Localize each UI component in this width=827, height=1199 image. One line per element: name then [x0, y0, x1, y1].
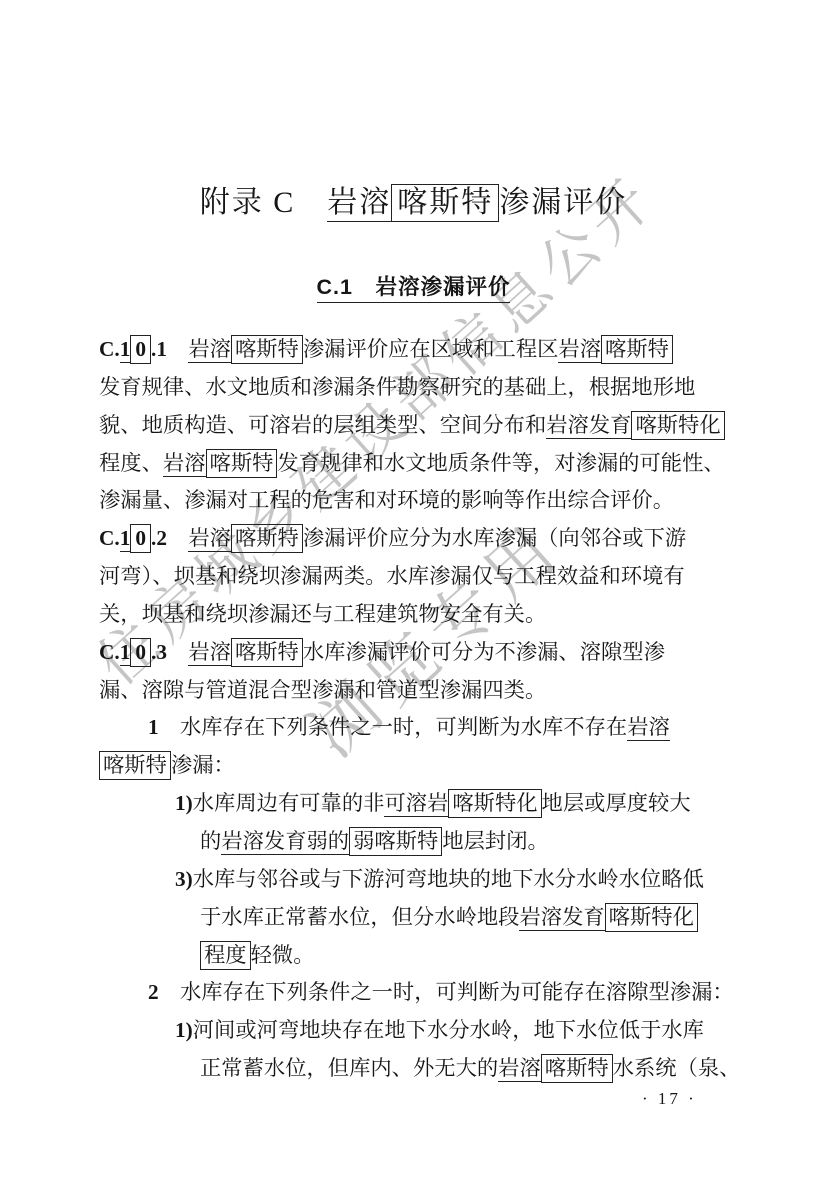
inserted-text: 岩溶 [627, 715, 670, 741]
clause-number: .1 [151, 337, 167, 361]
deleted-text: 喀斯特化 [448, 789, 541, 818]
text-line: 漏、溶隙与管道混合型渗漏和管道型渗漏四类。 [99, 672, 745, 710]
clause-number-inserted: 1 [120, 526, 131, 552]
text-run: 轻微。 [251, 943, 315, 967]
clause-number-inserted: 1 [120, 640, 131, 666]
text-run: 的 [200, 829, 221, 853]
text-run: 发育规律和水文地质条件等，对渗漏的可能性、 [277, 451, 724, 475]
text-line: 的岩溶发育弱的弱喀斯特地层封闭。 [200, 823, 745, 861]
inserted-text: 岩溶 [188, 337, 231, 363]
inserted-text: 岩溶 [163, 451, 206, 477]
text-line: C.10.1 岩溶喀斯特渗漏评价应在区域和工程区岩溶喀斯特 [99, 331, 745, 369]
text-line: 貌、地质构造、可溶岩的层组类型、空间分布和岩溶发育喀斯特化 [99, 407, 745, 445]
clause-number-deleted: 0 [130, 335, 151, 364]
text-run: 渗漏评价应分为水库渗漏（向邻谷或下游 [303, 526, 686, 550]
section-heading-text: C.1 岩溶渗漏评价 [317, 275, 511, 303]
text-line: 正常蓄水位，但库内、外无大的岩溶喀斯特水系统（泉、 [200, 1050, 745, 1088]
clause-number: .3 [151, 640, 167, 664]
text-line: C.10.2 岩溶喀斯特渗漏评价应分为水库渗漏（向邻谷或下游 [99, 520, 745, 558]
text-run: 水库存在下列条件之一时，可判断为可能存在溶隙型渗漏： [159, 980, 734, 1004]
deleted-text: 喀斯特 [391, 184, 499, 222]
clause-number: 3) [175, 867, 193, 891]
text-run [167, 526, 188, 550]
deleted-text: 喀斯特 [541, 1054, 613, 1083]
inserted-text: 岩溶 [188, 526, 231, 552]
deleted-text: 喀斯特 [231, 524, 303, 553]
text-run: 发育规律、水文地质和渗漏条件勘察研究的基础上，根据地形地 [99, 375, 695, 399]
text-run: 程度、 [99, 451, 163, 475]
text-run: 渗漏评价应在区域和工程区 [303, 337, 559, 361]
clause-number: C. [99, 640, 120, 664]
body-lines: C.10.1 岩溶喀斯特渗漏评价应在区域和工程区岩溶喀斯特发育规律、水文地质和渗… [99, 331, 745, 1088]
text-line: 喀斯特渗漏： [99, 747, 745, 785]
text-run: 河间或河弯地块存在地下水分水岭，地下水位低于水库 [193, 1018, 704, 1042]
deleted-text: 喀斯特 [206, 449, 278, 478]
text-line: 关，坝基和绕坝渗漏还与工程建筑物安全有关。 [99, 596, 745, 634]
inserted-text: 可溶岩 [384, 791, 448, 817]
deleted-text: 程度 [200, 941, 251, 970]
text-line: 1)河间或河弯地块存在地下水分水岭，地下水位低于水库 [175, 1012, 745, 1050]
inserted-text: 岩溶发育 [546, 413, 631, 439]
inserted-text: 岩溶发育 [519, 905, 604, 931]
text-run [167, 640, 188, 664]
text-line: 于水库正常蓄水位，但分水岭地段岩溶发育喀斯特化 [200, 899, 745, 937]
inserted-text: 岩溶 [558, 337, 601, 363]
text-run: 渗漏评价 [499, 186, 627, 219]
clause-number: 1 [148, 715, 159, 739]
text-run: 渗漏量、渗漏对工程的危害和对环境的影响等作出综合评价。 [99, 488, 674, 512]
text-run: 河弯）、坝基和绕坝渗漏两类。水库渗漏仅与工程效益和环境有 [99, 564, 685, 588]
inserted-text: 岩溶 [188, 640, 231, 666]
text-run: 于水库正常蓄水位，但分水岭地段 [200, 905, 519, 929]
inserted-text: 岩溶 [498, 1056, 541, 1082]
text-line: 渗漏量、渗漏对工程的危害和对环境的影响等作出综合评价。 [99, 482, 745, 520]
text-run: 貌、地质构造、可溶岩的层组类型、空间分布和 [99, 413, 546, 437]
clause-number: C. [99, 337, 120, 361]
text-run: 正常蓄水位，但库内、外无大的 [200, 1056, 498, 1080]
text-run: 附录 C [200, 186, 328, 219]
text-line: 1 水库存在下列条件之一时，可判断为水库不存在岩溶 [148, 709, 745, 747]
text-run: 水库存在下列条件之一时，可判断为水库不存在 [159, 715, 628, 739]
text-run: 关，坝基和绕坝渗漏还与工程建筑物安全有关。 [99, 602, 546, 626]
deleted-text: 喀斯特化 [631, 411, 724, 440]
inserted-text: 岩溶 [327, 186, 391, 222]
clause-number: C. [99, 526, 120, 550]
text-run [167, 337, 188, 361]
deleted-text: 喀斯特 [231, 335, 303, 364]
text-line: 程度、岩溶喀斯特发育规律和水文地质条件等，对渗漏的可能性、 [99, 445, 745, 483]
clause-number-deleted: 0 [130, 524, 151, 553]
deleted-text: 喀斯特化 [605, 903, 698, 932]
clause-number: 1) [175, 791, 193, 815]
text-run: 漏、溶隙与管道混合型渗漏和管道型渗漏四类。 [99, 678, 546, 702]
text-line: 程度轻微。 [200, 937, 745, 975]
clause-number: .2 [151, 526, 167, 550]
text-run: 水库与邻谷或与下游河弯地块的地下水分水岭水位略低 [193, 867, 704, 891]
text-line: 1)水库周边有可靠的非可溶岩喀斯特化地层或厚度较大 [175, 785, 745, 823]
clause-number-inserted: 1 [120, 337, 131, 363]
deleted-text: 喀斯特 [99, 751, 171, 780]
text-line: 2 水库存在下列条件之一时，可判断为可能存在溶隙型渗漏： [148, 974, 745, 1012]
deleted-text: 弱喀斯特 [349, 827, 442, 856]
text-line: 发育规律、水文地质和渗漏条件勘察研究的基础上，根据地形地 [99, 369, 745, 407]
section-heading: C.1 岩溶渗漏评价 [0, 272, 827, 302]
text-line: 3)水库与邻谷或与下游河弯地块的地下水分水岭水位略低 [175, 861, 745, 899]
text-run: 地层或厚度较大 [542, 791, 691, 815]
clause-number-deleted: 0 [130, 638, 151, 667]
text-run: 渗漏： [171, 753, 235, 777]
deleted-text: 喀斯特 [231, 638, 303, 667]
text-run: 水库周边有可靠的非 [193, 791, 385, 815]
page-number: · 17 · [642, 1087, 697, 1111]
text-line: C.10.3 岩溶喀斯特水库渗漏评价可分为不渗漏、溶隙型渗 [99, 634, 745, 672]
inserted-text: 岩溶发育弱的 [221, 829, 349, 855]
clause-number: 2 [148, 980, 159, 1004]
clause-number: 1) [175, 1018, 193, 1042]
text-run: 水系统（泉、 [613, 1056, 741, 1080]
deleted-text: 喀斯特 [601, 335, 673, 364]
appendix-title: 附录 C 岩溶喀斯特渗漏评价 [0, 184, 827, 222]
text-run: 水库渗漏评价可分为不渗漏、溶隙型渗 [303, 640, 665, 664]
text-line: 河弯）、坝基和绕坝渗漏两类。水库渗漏仅与工程效益和环境有 [99, 558, 745, 596]
page: 住房城乡建设部信息公开 浏览专用 附录 C 岩溶喀斯特渗漏评价 C.1 岩溶渗漏… [0, 0, 827, 1199]
text-run: 地层封闭。 [442, 829, 549, 853]
